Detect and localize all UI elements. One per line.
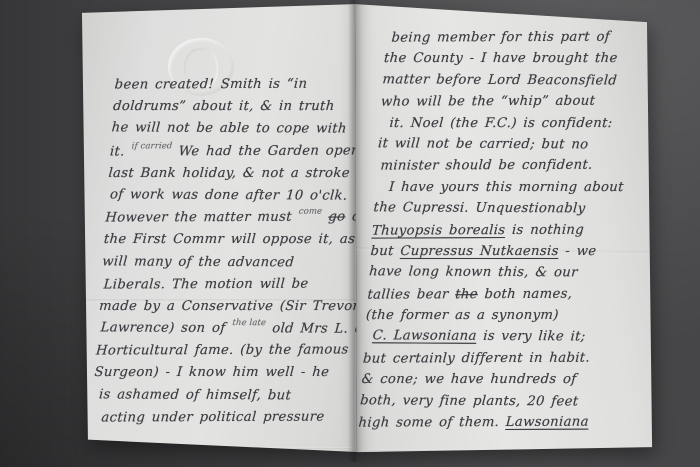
text-segment: Lawrence) son of [100,320,232,336]
text-segment: if carried [131,135,173,157]
text-segment: We had the Garden open [172,143,360,159]
text-segment: been created! Smith is “in [114,77,308,93]
text-segment: is very like it; [476,329,586,345]
text-segment: but [370,244,401,259]
text-segment: who will be the “whip” about [380,94,595,110]
handwriting-line: & cone; we have hundreds of [361,369,644,390]
handwriting-line: been created! Smith is “in [114,73,360,96]
handwriting-line: Lawrence) son of the late old Mrs L. of [100,317,351,340]
handwriting-line: made by a Conservative (Sir Trevor [98,296,352,318]
handwriting-right: being member for this part ofthe County … [358,27,656,433]
text-segment: will many of the advanced [102,254,295,270]
text-segment: minister should be confident. [380,158,593,174]
handwriting-line: the County - I have brought the [383,48,656,69]
text-segment: Lawsoniana [505,415,589,430]
handwriting-line: minister should be confident. [380,155,656,178]
handwriting-line: last Bank holiday, & not a stroke [108,163,360,185]
text-segment: is ashamed of himself, but [98,387,291,403]
text-segment: the [455,287,479,302]
handwriting-line: Liberals. The motion will be [103,273,354,296]
text-segment: being member for this part of [391,30,611,46]
handwriting-line: high some of them. Lawsoniana [358,411,641,434]
handwriting-line: is ashamed of himself, but [98,384,346,407]
handwriting-line: acting under political pressure [101,406,345,429]
handwriting-line: who will be the “whip” about [380,91,656,114]
handwriting-line: but certainly different in habit. [362,347,645,370]
letter-sheet: been created! Smith is “indoldrums” abou… [76,0,656,462]
text-segment: - we [558,244,597,259]
text-segment: the late [232,312,267,334]
text-segment: have long known this, & our [369,265,579,281]
handwriting-line: the Cupressi. Unquestionably [373,197,656,220]
page-edge [87,447,351,449]
text-segment: old Mrs L. of [265,321,360,337]
text-segment: I have yours this morning about [388,180,624,195]
text-segment: Horticultural fame. (by the famous [96,343,350,359]
text-segment: However the matter must [105,210,299,226]
text-segment: come [298,201,323,223]
text-segment: go [328,210,346,225]
text-segment: both, very fine plants, 20 feet [360,393,579,409]
text-segment: (the former as a synonym) [366,308,560,323]
handwriting-left: been created! Smith is “indoldrums” abou… [91,74,360,429]
text-segment: the First Commr will oppose it, as [103,232,355,247]
text-segment: both names, [477,286,572,301]
text-segment: last Bank holiday, & not a stroke [108,166,350,181]
handwriting-line: will many of the advanced [101,251,355,275]
text-segment: doldrums” about it, & in truth [113,99,335,114]
handwriting-line: However the matter must come go on; [105,207,359,230]
text-segment: is nothing [505,222,585,237]
letter-page-left: been created! Smith is “indoldrums” abou… [76,0,360,458]
handwriting-line: (the former as a synonym) [365,305,648,326]
text-segment: Liberals. The motion will be [103,276,309,292]
text-segment: it will not be carried; but no [377,136,589,152]
handwriting-line: it. Noel (the F.C.) is confident: [389,113,656,134]
text-segment: tallies bear [367,287,456,302]
handwriting-line: Horticultural fame. (by the famous [95,340,349,363]
handwriting-line: it. if carried We had the Garden open [109,140,360,163]
text-segment: Thuyopsis borealis [371,223,505,239]
text-segment: Cupressus Nutkaensis [400,244,559,259]
handwriting-line: Surgeon) - I know him well - he [94,362,348,384]
text-segment: made by a Conservative (Sir Trevor [99,299,360,314]
handwriting-line: Thuyopsis borealis is nothing [371,219,654,242]
text-segment: the County - I have brought the [383,51,618,66]
handwriting-line: the First Commr will oppose it, as [103,229,357,251]
handwriting-line: being member for this part of [391,26,656,49]
text-segment: high some of them. [358,415,506,431]
text-segment: it. Noel (the F.C.) is confident: [389,116,613,131]
text-segment: matter before Lord Beaconsfield [382,72,618,88]
text-segment: C. Lawsoniana [372,329,477,345]
handwriting-line: it will not be carried; but no [377,133,656,156]
text-segment: but certainly different in habit. [363,350,591,366]
text-segment: acting under political pressure [101,409,325,425]
handwriting-line: both, very fine plants, 20 feet [359,390,643,413]
handwriting-line: tallies bear the both names, [367,283,650,306]
handwriting-line: but Cupressus Nutkaensis - we [370,241,653,262]
handwriting-line: have long known this, & our [368,262,652,285]
handwriting-line: doldrums” about it, & in truth [112,96,360,118]
letter-photo: been created! Smith is “indoldrums” abou… [0,0,700,467]
text-segment: the Cupressi. Unquestionably [373,200,586,216]
text-segment: it. [109,144,131,159]
handwriting-line: C. Lawsoniana is very like it; [372,326,648,349]
text-segment: & cone; we have hundreds of [361,372,577,387]
text-segment: Surgeon) - I know him well - he [94,365,330,380]
letter-page-right: being member for this part ofthe County … [355,0,656,460]
page-edge [367,449,647,451]
handwriting-line: matter before Lord Beaconsfield [382,69,656,92]
handwriting-line: I have yours this morning about [388,177,656,198]
